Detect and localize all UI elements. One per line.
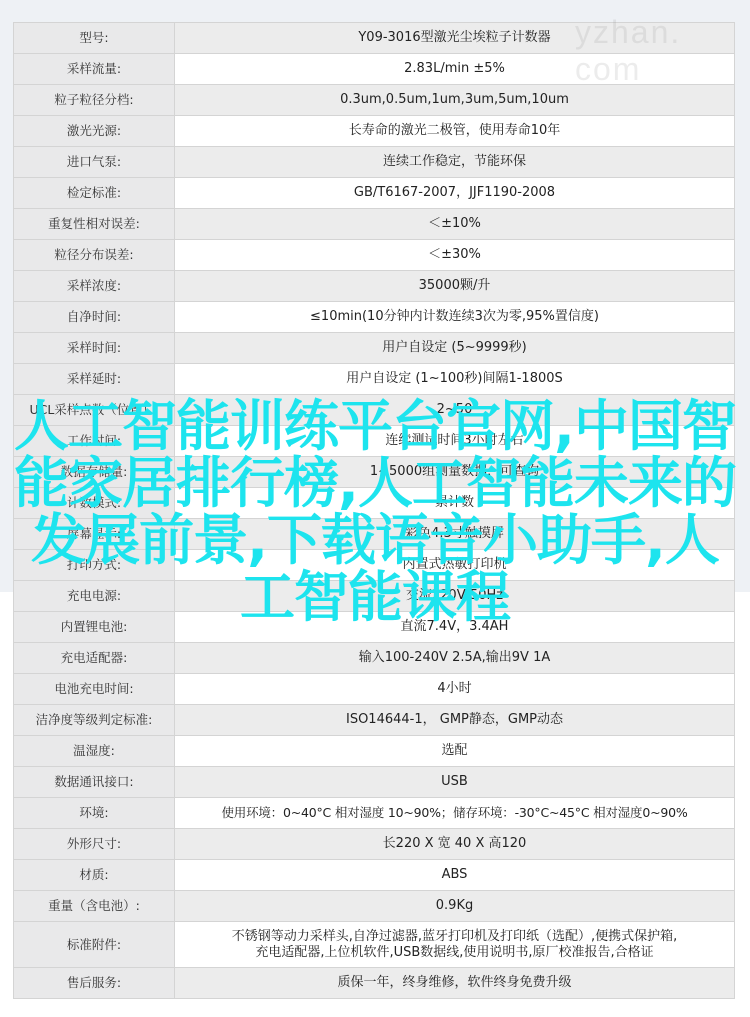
spec-value: 0.3um,0.5um,1um,3um,5um,10um bbox=[175, 85, 735, 116]
spec-value: 质保一年，终身维修，软件终身免费升级 bbox=[175, 968, 735, 999]
spec-label: 标准附件: bbox=[14, 922, 175, 968]
spec-label: 采样延时: bbox=[14, 364, 175, 395]
spec-value: 选配 bbox=[175, 736, 735, 767]
spec-row: 采样延时:用户自设定 (1~100秒)间隔1-1800S bbox=[14, 364, 735, 395]
spec-row: 检定标准:GB/T6167-2007，JJF1190-2008 bbox=[14, 178, 735, 209]
spec-label: 粒子粒径分档: bbox=[14, 85, 175, 116]
spec-row: 粒子粒径分档:0.3um,0.5um,1um,3um,5um,10um bbox=[14, 85, 735, 116]
spec-label: 充电适配器: bbox=[14, 643, 175, 674]
spec-row: 电池充电时间:4小时 bbox=[14, 674, 735, 705]
spec-label: 粒径分布误差: bbox=[14, 240, 175, 271]
spec-value: 35000颗/升 bbox=[175, 271, 735, 302]
spec-value: 用户自设定 (5~9999秒) bbox=[175, 333, 735, 364]
spec-value: ＜±30% bbox=[175, 240, 735, 271]
spec-label: 电池充电时间: bbox=[14, 674, 175, 705]
spec-label: 进口气泵: bbox=[14, 147, 175, 178]
spec-value: ABS bbox=[175, 860, 735, 891]
spec-label: 检定标准: bbox=[14, 178, 175, 209]
spec-label: 型号: bbox=[14, 23, 175, 54]
spec-row: 粒径分布误差:＜±30% bbox=[14, 240, 735, 271]
spec-label: 环境: bbox=[14, 798, 175, 829]
spec-row: 外形尺寸:长220 X 宽 40 X 高120 bbox=[14, 829, 735, 860]
spec-value: USB bbox=[175, 767, 735, 798]
spec-value: 0.9Kg bbox=[175, 891, 735, 922]
spec-value: ≤10min(10分钟内计数连续3次为零,95%置信度) bbox=[175, 302, 735, 333]
spec-label: 外形尺寸: bbox=[14, 829, 175, 860]
spec-value: 用户自设定 (1~100秒)间隔1-1800S bbox=[175, 364, 735, 395]
spec-row: 充电适配器:输入100-240V 2.5A,输出9V 1A bbox=[14, 643, 735, 674]
spec-row: 售后服务:质保一年，终身维修，软件终身免费升级 bbox=[14, 968, 735, 999]
spec-label: 自净时间: bbox=[14, 302, 175, 333]
watermark: yzhan. com bbox=[575, 14, 750, 88]
spec-row: 激光光源:长寿命的激光二极管，使用寿命10年 bbox=[14, 116, 735, 147]
spec-label: 售后服务: bbox=[14, 968, 175, 999]
spec-label: 激光光源: bbox=[14, 116, 175, 147]
spec-value: 使用环境：0~40°C 相对湿度 10~90%；储存环境：-30°C~45°C … bbox=[175, 798, 735, 829]
spec-value: 长220 X 宽 40 X 高120 bbox=[175, 829, 735, 860]
spec-row: 采样时间:用户自设定 (5~9999秒) bbox=[14, 333, 735, 364]
spec-value: 连续工作稳定，节能环保 bbox=[175, 147, 735, 178]
spec-value: ＜±10% bbox=[175, 209, 735, 240]
spec-label: 材质: bbox=[14, 860, 175, 891]
spec-label: 采样时间: bbox=[14, 333, 175, 364]
overlay-title: 人工智能训练平台官网,中国智能家居排行榜,人工智能未来的发展前景,下载语音小助手… bbox=[8, 398, 742, 626]
spec-row: 洁净度等级判定标准:ISO14644-1， GMP静态，GMP动态 bbox=[14, 705, 735, 736]
spec-row: 采样浓度:35000颗/升 bbox=[14, 271, 735, 302]
spec-value: 不锈钢等动力采样头,自净过滤器,蓝牙打印机及打印纸（选配）,便携式保护箱,充电适… bbox=[175, 922, 735, 968]
spec-value: 4小时 bbox=[175, 674, 735, 705]
spec-label: 温湿度: bbox=[14, 736, 175, 767]
spec-row: 数据通讯接口:USB bbox=[14, 767, 735, 798]
spec-value: 输入100-240V 2.5A,输出9V 1A bbox=[175, 643, 735, 674]
spec-label: 重量（含电池）: bbox=[14, 891, 175, 922]
spec-row: 重量（含电池）:0.9Kg bbox=[14, 891, 735, 922]
spec-label: 重复性相对误差: bbox=[14, 209, 175, 240]
spec-row: 材质:ABS bbox=[14, 860, 735, 891]
spec-row: 环境:使用环境：0~40°C 相对湿度 10~90%；储存环境：-30°C~45… bbox=[14, 798, 735, 829]
spec-value: 长寿命的激光二极管，使用寿命10年 bbox=[175, 116, 735, 147]
spec-value: ISO14644-1， GMP静态，GMP动态 bbox=[175, 705, 735, 736]
spec-value-line: 不锈钢等动力采样头,自净过滤器,蓝牙打印机及打印纸（选配）,便携式保护箱, bbox=[175, 929, 734, 945]
spec-row: 标准附件:不锈钢等动力采样头,自净过滤器,蓝牙打印机及打印纸（选配）,便携式保护… bbox=[14, 922, 735, 968]
spec-row: 进口气泵:连续工作稳定，节能环保 bbox=[14, 147, 735, 178]
spec-value: GB/T6167-2007，JJF1190-2008 bbox=[175, 178, 735, 209]
spec-row: 温湿度:选配 bbox=[14, 736, 735, 767]
spec-row: 重复性相对误差:＜±10% bbox=[14, 209, 735, 240]
spec-label: 采样浓度: bbox=[14, 271, 175, 302]
spec-row: 自净时间:≤10min(10分钟内计数连续3次为零,95%置信度) bbox=[14, 302, 735, 333]
spec-value-line: 充电适配器,上位机软件,USB数据线,使用说明书,原厂校准报告,合格证 bbox=[175, 945, 734, 961]
spec-label: 采样流量: bbox=[14, 54, 175, 85]
spec-label: 洁净度等级判定标准: bbox=[14, 705, 175, 736]
spec-label: 数据通讯接口: bbox=[14, 767, 175, 798]
